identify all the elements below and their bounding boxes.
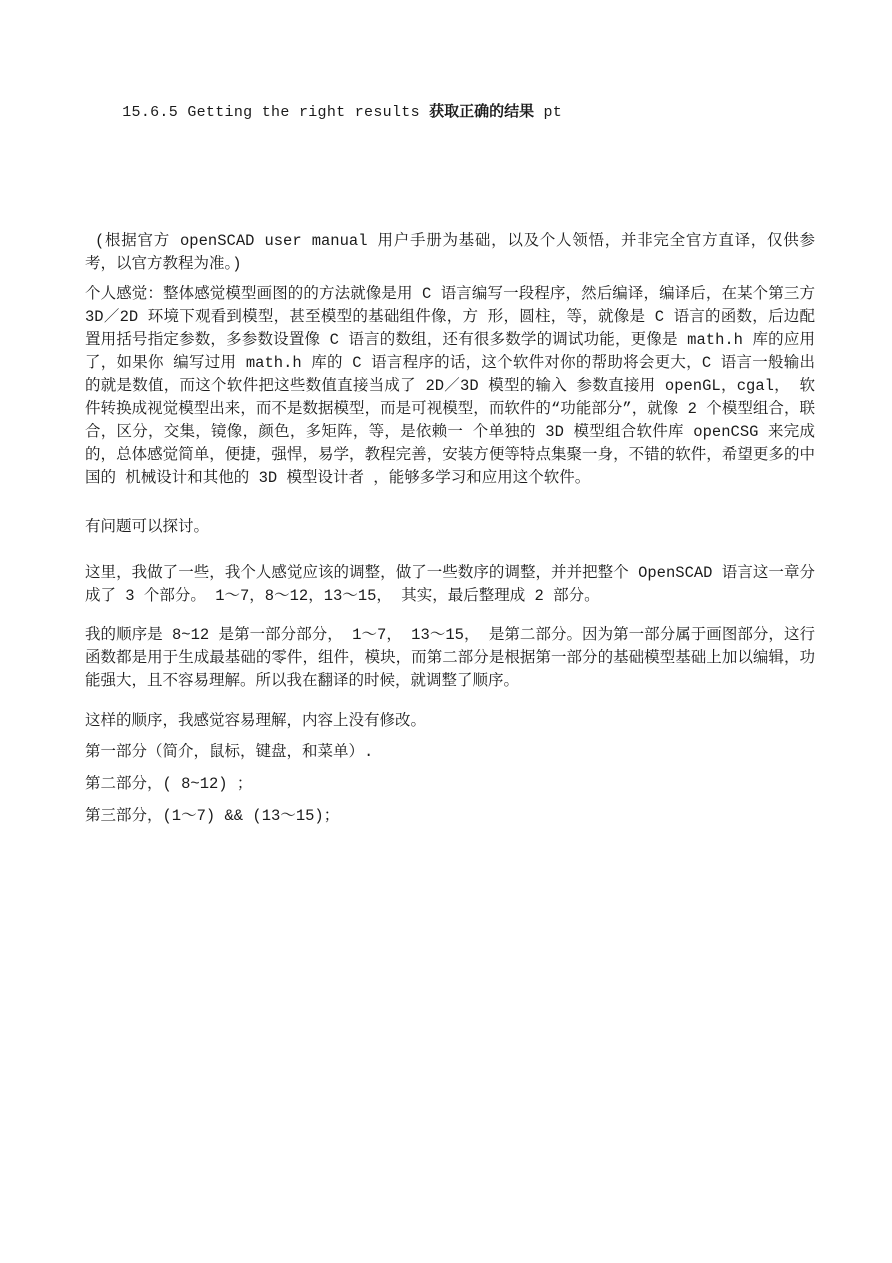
part-three-line: 第三部分，(1～7) && (13～15)； (85, 805, 815, 828)
chapter-split-paragraph: 这里，我做了一些，我个人感觉应该的调整，做了一些数序的调整，并并把整个 Open… (85, 562, 815, 608)
doc-title-chinese: 获取正确的结果 (429, 104, 534, 121)
order-explanation-paragraph: 我的顺序是 8~12 是第一部分部分， 1～7， 13～15， 是第二部分。因为… (85, 624, 815, 693)
doc-title-section-number-and-english: 15.6.5 Getting the right results (122, 104, 429, 121)
part-two-line: 第二部分，( 8~12) ； (85, 773, 815, 796)
source-note-paragraph: (根据官方 openSCAD user manual 用户手册为基础，以及个人领… (85, 230, 815, 276)
doc-title-suffix: pt (534, 104, 562, 121)
doc-title: 15.6.5 Getting the right results 获取正确的结果… (85, 86, 815, 140)
personal-impression-paragraph: 个人感觉：整体感觉模型画图的的方法就像是用 C 语言编写一段程序，然后编译，编译… (85, 283, 815, 490)
order-summary-line: 这样的顺序，我感觉容易理解，内容上没有修改。 (85, 710, 815, 733)
discussion-invite-line: 有问题可以探讨。 (85, 516, 815, 539)
document-page: 15.6.5 Getting the right results 获取正确的结果… (0, 0, 892, 1263)
part-one-line: 第一部分（简介，鼠标，键盘，和菜单）. (85, 741, 815, 764)
